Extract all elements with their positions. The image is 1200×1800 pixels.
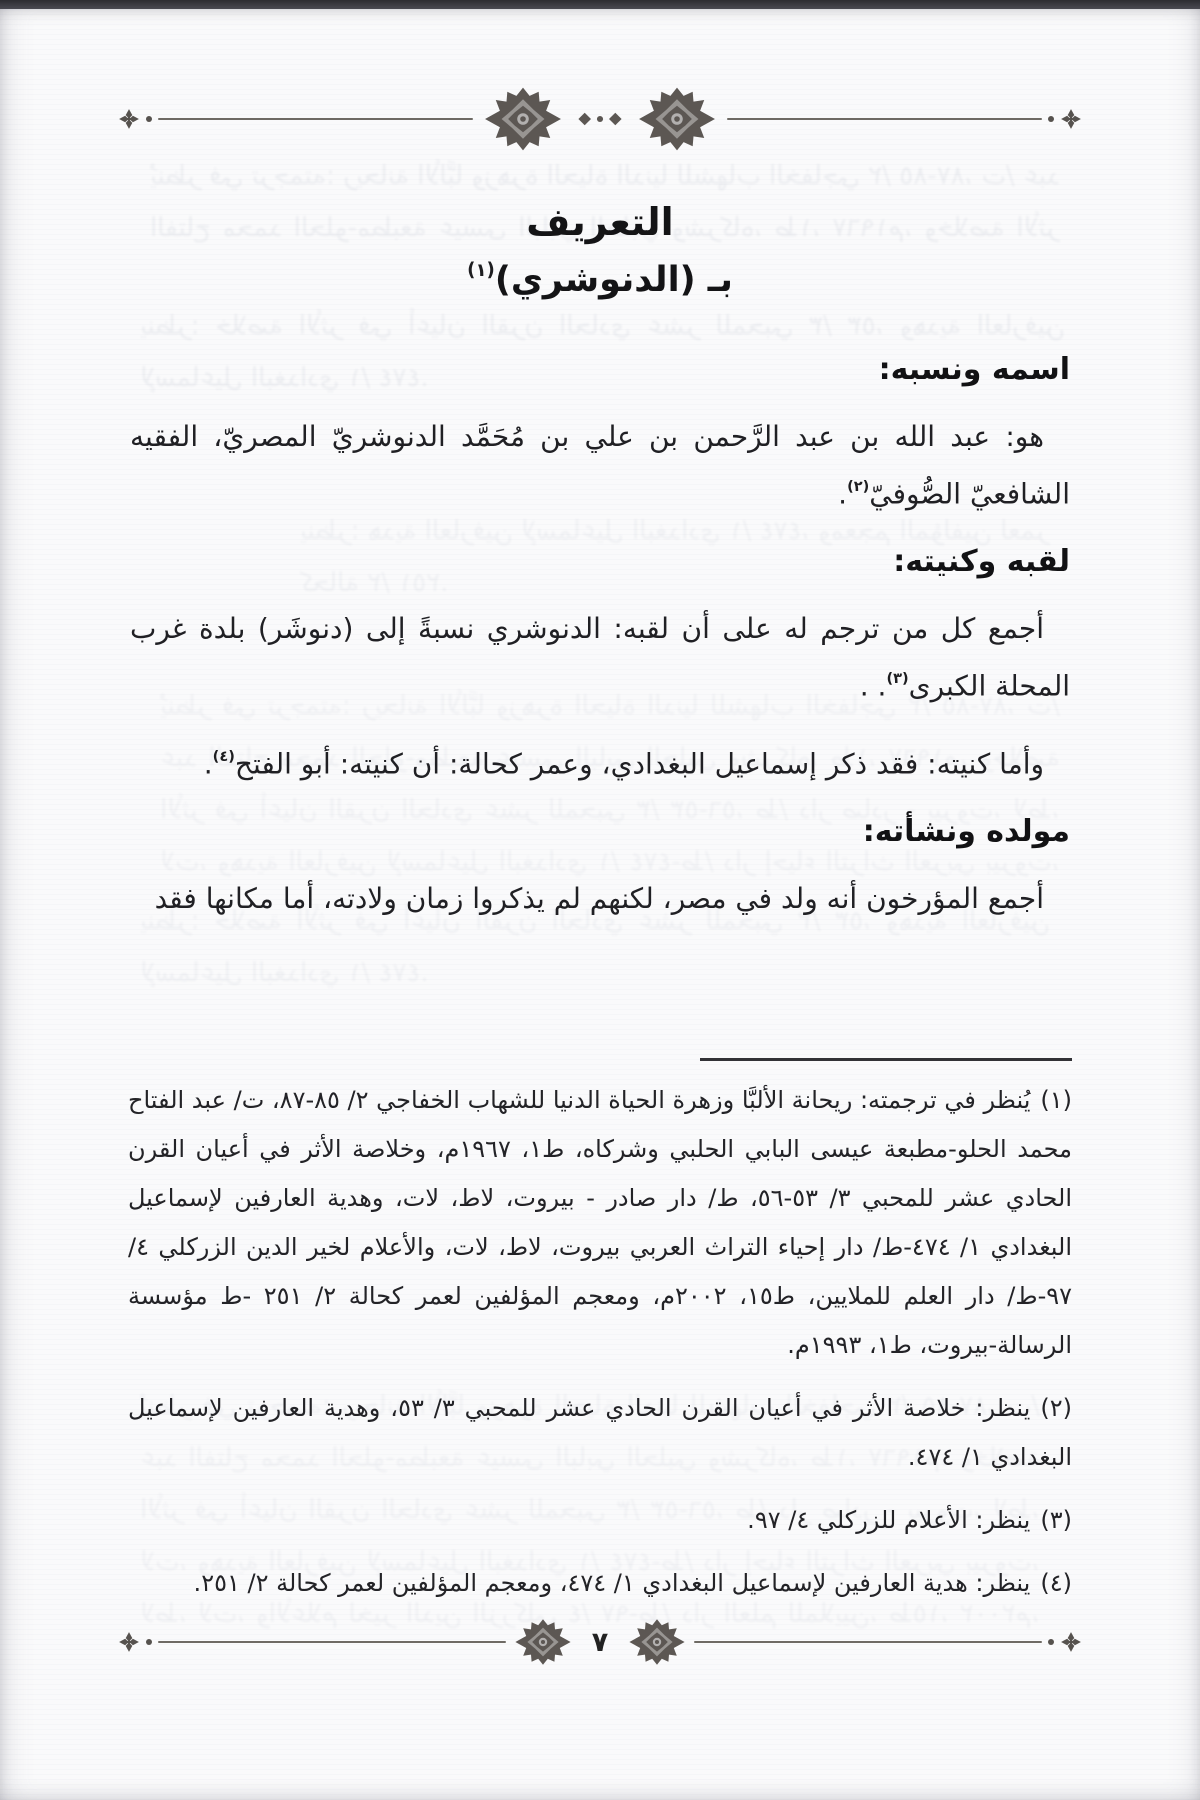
paragraph: وأما كنيته: فقد ذكر إسماعيل البغدادي، وع… — [130, 733, 1070, 790]
book-page: يُنظر في ترجمته: ريحانة الألبَّا وزهرة ا… — [0, 0, 1200, 1800]
footnote-text: يُنظر في ترجمته: ريحانة الألبَّا وزهرة ا… — [128, 1086, 1072, 1359]
paragraph: أجمع كل من ترجم له على أن لقبه: الدنوشري… — [130, 603, 1070, 712]
chapter-title: التعريف بـ (الدنوشري)(١) — [0, 200, 1200, 300]
footnotes-separator — [700, 1058, 1072, 1061]
footnote-number: (٤) — [1040, 1569, 1072, 1597]
ornament-dot — [1048, 1639, 1054, 1645]
footnote-text: ينظر: هدية العارفين لإسماعيل البغدادي ١/… — [194, 1569, 1031, 1597]
section-heading: اسمه ونسبه: — [130, 352, 1070, 387]
ornament-rule — [158, 1641, 506, 1643]
damask-medallion-icon — [479, 86, 567, 152]
scan-edge — [0, 0, 1200, 9]
paragraph-tail: . — [838, 477, 847, 510]
ornament-dot — [146, 116, 152, 122]
footnote-text: ينظر: خلاصة الأثر في أعيان القرن الحادي … — [128, 1394, 1072, 1471]
fleur-cross-icon — [118, 108, 140, 130]
ornament-rule — [694, 1641, 1042, 1643]
paragraph-text: هو: عبد الله بن عبد الرَّحمن بن علي بن م… — [130, 420, 1070, 510]
paragraph-text: أجمع كل من ترجم له على أن لقبه: الدنوشري… — [130, 612, 1070, 702]
footnotes: (١)يُنظر في ترجمته: ريحانة الألبَّا وزهر… — [128, 1076, 1072, 1622]
paragraph: هو: عبد الله بن عبد الرَّحمن بن علي بن م… — [130, 411, 1070, 520]
ornament-dot — [146, 1639, 152, 1645]
scroll-ornament-icon — [573, 109, 627, 129]
section-name-lineage: اسمه ونسبه: هو: عبد الله بن عبد الرَّحمن… — [130, 352, 1070, 520]
footnote-item: (٣)ينظر: الأعلام للزركلي ٤/ ٩٧. — [128, 1496, 1072, 1545]
footnote-ref: (١) — [467, 260, 495, 281]
page-subtitle: بـ (الدنوشري)(١) — [0, 260, 1200, 300]
footnote-number: (٢) — [1040, 1394, 1072, 1422]
paragraph-tail: . . — [860, 670, 887, 703]
footnote-item: (٤)ينظر: هدية العارفين لإسماعيل البغدادي… — [128, 1559, 1072, 1608]
footnote-ref: (٣) — [886, 670, 908, 687]
footer-ornament: ٧ — [118, 1618, 1082, 1666]
ornament-rule — [727, 118, 1042, 120]
paragraph-tail: . — [204, 747, 213, 780]
footnote-text: ينظر: الأعلام للزركلي ٤/ ٩٧. — [747, 1506, 1030, 1534]
fleur-cross-icon — [1060, 1631, 1082, 1653]
damask-medallion-icon — [626, 1618, 688, 1666]
subtitle-text: بـ (الدنوشري) — [495, 260, 733, 300]
footnote-ref: (٤) — [213, 748, 235, 765]
damask-medallion-icon — [512, 1618, 574, 1666]
footnote-number: (٣) — [1040, 1506, 1072, 1534]
paragraph: أجمع المؤرخون أنه ولد في مصر، لكنهم لم ي… — [130, 873, 1070, 925]
ornament-dot — [1048, 116, 1054, 122]
paragraph-text: وأما كنيته: فقد ذكر إسماعيل البغدادي، وع… — [235, 747, 1044, 780]
section-heading: مولده ونشأته: — [130, 814, 1070, 849]
damask-medallion-icon — [633, 86, 721, 152]
footnote-item: (١)يُنظر في ترجمته: ريحانة الألبَّا وزهر… — [128, 1076, 1072, 1370]
body-text: اسمه ونسبه: هو: عبد الله بن عبد الرَّحمن… — [130, 352, 1070, 949]
ornament-rule — [158, 118, 473, 120]
fleur-cross-icon — [118, 1631, 140, 1653]
fleur-cross-icon — [1060, 108, 1082, 130]
section-title-kunya: لقبه وكنيته: أجمع كل من ترجم له على أن ل… — [130, 544, 1070, 790]
section-birth-upbringing: مولده ونشأته: أجمع المؤرخون أنه ولد في م… — [130, 814, 1070, 925]
footnote-number: (١) — [1040, 1086, 1072, 1114]
paragraph-text: أجمع المؤرخون أنه ولد في مصر، لكنهم لم ي… — [155, 882, 1044, 915]
footnote-ref: (٢) — [847, 478, 869, 495]
footnote-item: (٢)ينظر: خلاصة الأثر في أعيان القرن الحا… — [128, 1384, 1072, 1482]
page-title: التعريف — [0, 200, 1200, 244]
header-ornament — [118, 86, 1082, 152]
page-number: ٧ — [580, 1629, 620, 1656]
section-heading: لقبه وكنيته: — [130, 544, 1070, 579]
